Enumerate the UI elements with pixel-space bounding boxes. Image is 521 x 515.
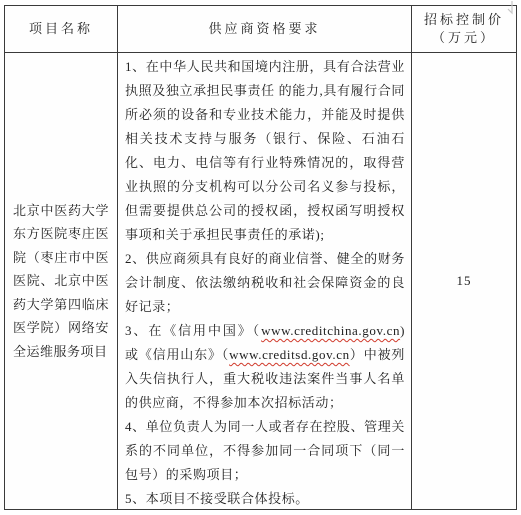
header-bid-control-price-line1: 招标控制价	[424, 11, 504, 29]
supplier-requirements-cell: 1、在中华人民共和国境内注册，具有合法营业执照及独立承担民事责任 的能力,具有履…	[118, 53, 412, 509]
url-text: www.creditsd.gov.cn	[229, 347, 350, 362]
requirement-item: 2、供应商须具有良好的商业信誉、健全的财务会计制度、依法缴纳税收和社会保障资金的…	[125, 247, 405, 319]
project-name-text: 北京中医药大学东方医院枣庄医院（枣庄市中医医院、北京中医药大学第四临床医学院）网…	[13, 199, 109, 364]
bid-control-price-cell: 15	[412, 53, 516, 509]
url-text: www.creditchina.gov.cn	[261, 323, 400, 338]
requirements-list: 1、在中华人民共和国境内注册，具有合法营业执照及独立承担民事责任 的能力,具有履…	[125, 55, 405, 509]
header-bid-control-price: 招标控制价 （万元）	[412, 6, 516, 53]
requirement-text: 4、单位负责人为同一人或者存在控股、管理关系的不同单位，不得参加同一合同项下（同…	[125, 419, 405, 482]
requirement-item: 5、本项目不接受联合体投标。	[125, 487, 405, 509]
bid-control-price-value: 15	[457, 273, 472, 289]
requirement-text: 1、在中华人民共和国境内注册，具有合法营业执照及独立承担民事责任 的能力,具有履…	[125, 59, 405, 242]
header-project-name-label: 项目名称	[29, 20, 93, 38]
header-supplier-requirements-label: 供应商资格要求	[208, 20, 320, 38]
requirement-item: 4、单位负责人为同一人或者存在控股、管理关系的不同单位，不得参加同一合同项下（同…	[125, 415, 405, 487]
header-project-name: 项目名称	[5, 6, 118, 53]
header-bid-control-price-line2: （万元）	[432, 29, 496, 47]
requirement-item: 3、在《信用中国》（www.creditchina.gov.cn)或《信用山东》…	[125, 319, 405, 415]
project-name-cell: 北京中医药大学东方医院枣庄医院（枣庄市中医医院、北京中医药大学第四临床医学院）网…	[5, 53, 118, 509]
requirement-text: 2、供应商须具有良好的商业信誉、健全的财务会计制度、依法缴纳税收和社会保障资金的…	[125, 251, 405, 314]
requirement-text: 5、本项目不接受联合体投标。	[125, 491, 309, 506]
requirement-text: 3、在《信用中国》（	[125, 323, 261, 338]
qualification-table: 项目名称 供应商资格要求 招标控制价 （万元） 北京中医药大学东方医院枣庄医院（…	[4, 5, 517, 510]
requirement-item: 1、在中华人民共和国境内注册，具有合法营业执照及独立承担民事责任 的能力,具有履…	[125, 55, 405, 247]
header-supplier-requirements: 供应商资格要求	[118, 6, 412, 53]
